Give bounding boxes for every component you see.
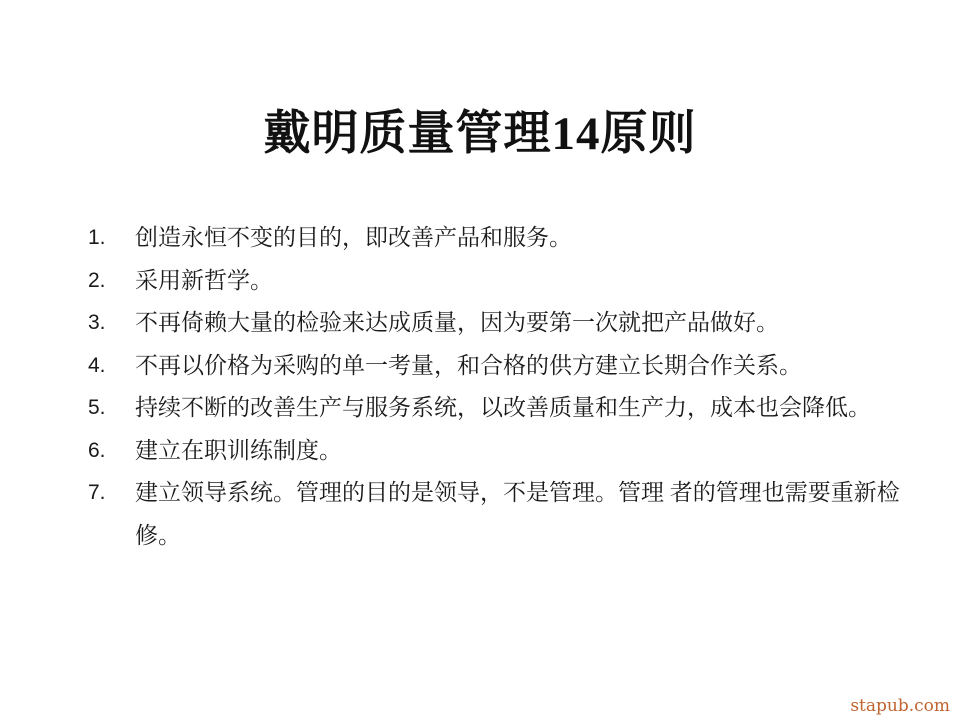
list-item: 3. 不再倚赖大量的检验来达成质量，因为要第一次就把产品做好。: [88, 302, 908, 345]
item-number: 7.: [88, 472, 135, 515]
item-number: 3.: [88, 302, 135, 345]
list-item: 2. 采用新哲学。: [88, 260, 908, 303]
item-text: 建立在职训练制度。: [135, 430, 908, 473]
item-text: 采用新哲学。: [135, 260, 908, 303]
item-text: 创造永恒不变的目的，即改善产品和服务。: [135, 217, 908, 260]
page-title: 戴明质量管理14原则: [0, 104, 960, 164]
list-item: 1. 创造永恒不变的目的，即改善产品和服务。: [88, 217, 908, 260]
item-text: 建立领导系统。管理的目的是领导，不是管理。管理 者的管理也需要重新检修。: [135, 472, 908, 557]
item-number: 2.: [88, 260, 135, 303]
presentation-slide: 戴明质量管理14原则 1. 创造永恒不变的目的，即改善产品和服务。 2. 采用新…: [0, 0, 960, 720]
list-item: 5. 持续不断的改善生产与服务系统，以改善质量和生产力，成本也会降低。: [88, 387, 908, 430]
list-item: 4. 不再以价格为采购的单一考量，和合格的供方建立长期合作关系。: [88, 345, 908, 388]
item-text: 不再以价格为采购的单一考量，和合格的供方建立长期合作关系。: [135, 345, 908, 388]
item-number: 5.: [88, 387, 135, 430]
item-number: 1.: [88, 217, 135, 260]
principles-list: 1. 创造永恒不变的目的，即改善产品和服务。 2. 采用新哲学。 3. 不再倚赖…: [88, 217, 908, 557]
item-number: 4.: [88, 345, 135, 388]
item-number: 6.: [88, 430, 135, 473]
item-text: 持续不断的改善生产与服务系统，以改善质量和生产力，成本也会降低。: [135, 387, 908, 430]
watermark-text: stapub.com: [850, 696, 950, 716]
list-item: 7. 建立领导系统。管理的目的是领导，不是管理。管理 者的管理也需要重新检修。: [88, 472, 908, 557]
list-item: 6. 建立在职训练制度。: [88, 430, 908, 473]
item-text: 不再倚赖大量的检验来达成质量，因为要第一次就把产品做好。: [135, 302, 908, 345]
